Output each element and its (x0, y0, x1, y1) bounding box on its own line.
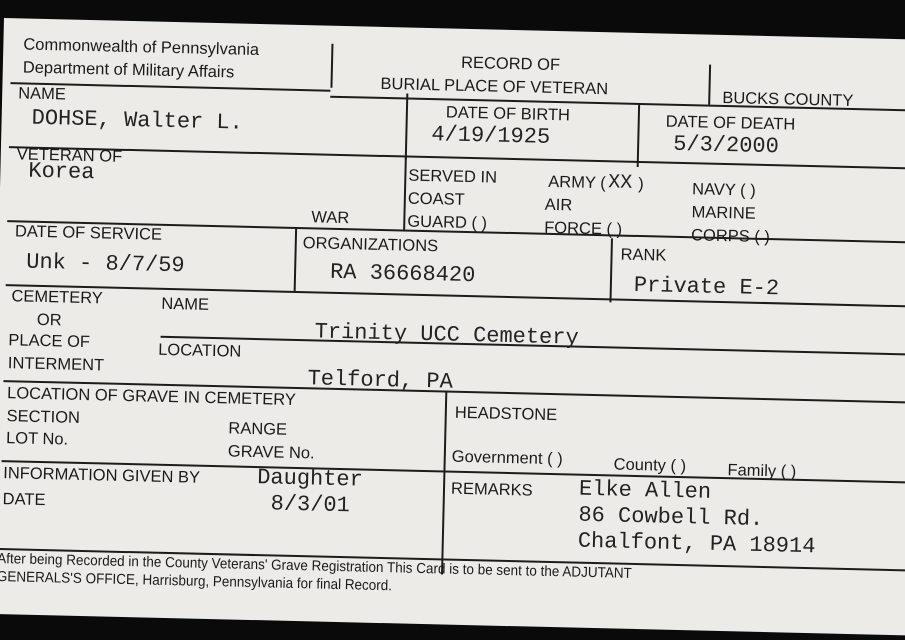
range-label: RANGE (228, 420, 287, 438)
dob-value: 4/19/1925 (431, 124, 550, 149)
title-line-2: BURIAL PLACE OF VETERAN (380, 76, 608, 98)
info-date-value: 8/3/01 (270, 493, 350, 517)
agency-line-2: Department of Military Affairs (23, 59, 235, 80)
service-label: DATE OF SERVICE (15, 223, 162, 243)
headstone-label: HEADSTONE (455, 405, 558, 424)
headstone-county-checkbox: County ( ) (613, 456, 686, 474)
served-in-label: SERVED IN (408, 168, 497, 187)
remarks-line-3: Chalfont, PA 18914 (578, 531, 816, 559)
remarks-line-2: 86 Cowbell Rd. (578, 505, 763, 531)
army-label: ARMY ( (548, 174, 606, 192)
cemetery-label-2: OR (37, 312, 62, 329)
grave-no-label: GRAVE No. (228, 443, 315, 462)
dob-divider (637, 105, 640, 167)
service-divider (294, 229, 297, 291)
cemetery-name-label: NAME (161, 296, 209, 314)
info-date-label: DATE (2, 491, 45, 509)
agency-line-1: Commonwealth of Pennsylvania (23, 36, 259, 58)
coast-label: COAST (408, 191, 465, 209)
served-divider (403, 157, 407, 229)
rank-value: Private E-2 (634, 275, 780, 300)
grave-divider (441, 391, 447, 575)
rank-divider (609, 238, 613, 302)
cemetery-label-3: PLACE OF (8, 332, 90, 350)
header-divider-2 (708, 65, 711, 105)
lot-label: LOT No. (6, 430, 68, 448)
navy-checkbox: NAVY ( ) (692, 181, 756, 199)
organizations-label: ORGANIZATIONS (303, 235, 439, 255)
army-checkbox-mark: XX (608, 173, 632, 194)
dod-label: DATE OF DEATH (666, 114, 796, 134)
army-close-paren: ) (638, 176, 644, 193)
grave-location-label: LOCATION OF GRAVE IN CEMETERY (7, 385, 296, 408)
organizations-value: RA 36668420 (330, 262, 476, 287)
headstone-government-checkbox: Government ( ) (452, 449, 563, 468)
cemetery-label-4: INTERMENT (8, 355, 105, 374)
cemetery-location-label: LOCATION (158, 342, 241, 360)
remarks-line-1: Elke Allen (579, 479, 712, 504)
service-value: Unk - 8/7/59 (26, 252, 185, 278)
info-given-by-label: INFORMATION GIVEN BY (3, 465, 200, 486)
header-divider-1 (330, 44, 333, 88)
war-label: WAR (311, 209, 349, 226)
burial-record-card: Commonwealth of Pennsylvania Department … (0, 18, 905, 636)
name-divider (405, 93, 409, 159)
veteran-of-value: Korea (28, 161, 95, 185)
section-label: SECTION (6, 408, 80, 426)
title-line-1: RECORD OF (461, 55, 560, 74)
rank-label: RANK (620, 247, 666, 265)
name-value: DOHSE, Walter L. (31, 108, 243, 135)
remarks-label: REMARKS (451, 481, 533, 499)
dod-value: 5/3/2000 (673, 134, 779, 158)
dob-label: DATE OF BIRTH (446, 104, 570, 123)
air-label: AIR (545, 197, 573, 214)
cemetery-label-1: CEMETERY (11, 288, 103, 307)
name-label: NAME (18, 85, 66, 103)
info-given-by-value: Daughter (257, 467, 363, 491)
marine-label: MARINE (691, 204, 756, 222)
